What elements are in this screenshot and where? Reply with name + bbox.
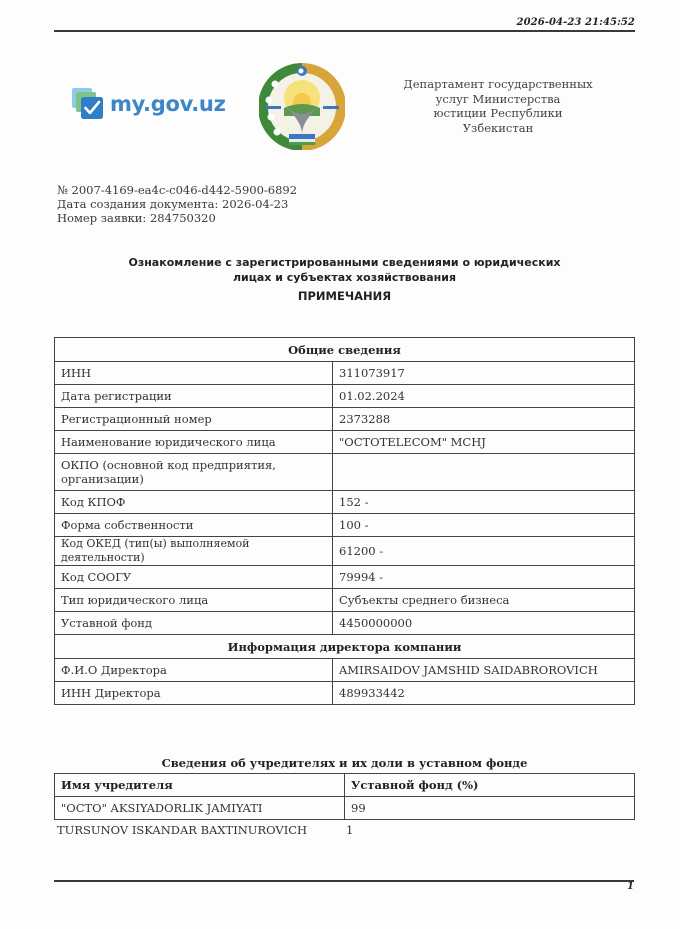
document-title: Ознакомление с зарегистрированными сведе…	[54, 256, 635, 304]
timestamp: 2026-04-23 21:45:52	[517, 17, 635, 28]
doc-number: № 2007-4169-ea4c-c046-d442-5900-6892	[57, 183, 297, 197]
table-row: Тип юридического лицаСубъекты среднего б…	[55, 589, 635, 612]
table-row: Код СООГУ79994 -	[55, 566, 635, 589]
logo-text: my.gov.uz	[110, 92, 226, 116]
department-name: Департамент государственных услуг Минист…	[392, 77, 604, 135]
table-row: Ф.И.О ДиректораAMIRSAIDOV JAMSHID SAIDAB…	[55, 659, 635, 682]
checkbox-logo-icon	[72, 88, 104, 120]
title-sub: ПРИМЕЧАНИЯ	[54, 289, 635, 304]
table-row: Уставной фонд4450000000	[55, 612, 635, 635]
table-row: Регистрационный номер2373288	[55, 408, 635, 431]
document-meta: № 2007-4169-ea4c-c046-d442-5900-6892 Дат…	[57, 183, 297, 225]
title-main: Ознакомление с зарегистрированными сведе…	[54, 256, 635, 285]
general-info-table: Общие сведения ИНН311073917 Дата регистр…	[54, 337, 635, 705]
col-founder-name: Имя учредителя	[55, 774, 345, 797]
section-general: Общие сведения	[55, 338, 635, 362]
table-row: ИНН Директора489933442	[55, 682, 635, 705]
table-row: Код ОКЕД (тип(ы) выполняемой деятельност…	[55, 537, 635, 566]
mygov-logo: my.gov.uz	[72, 88, 226, 120]
col-founder-share: Уставной фонд (%)	[345, 774, 635, 797]
table-row: ИНН311073917	[55, 362, 635, 385]
founders-title: Сведения об учредителях и их доли в уста…	[54, 756, 635, 770]
section-director: Информация директора компании	[55, 635, 635, 659]
header-rule	[54, 30, 635, 32]
page-number: 1	[627, 881, 634, 892]
table-row: Наименование юридического лица"OCTOTELEC…	[55, 431, 635, 454]
founder-name-2: TURSUNOV ISKANDAR BAXTINUROVICH	[57, 823, 307, 837]
table-row: Код КПОФ152 -	[55, 491, 635, 514]
footer-rule	[54, 880, 634, 882]
table-row: ОКПО (основной код предприятия, организа…	[55, 454, 635, 491]
doc-created: Дата создания документа: 2026-04-23	[57, 197, 297, 211]
state-emblem-icon	[259, 62, 345, 150]
request-number: Номер заявки: 284750320	[57, 211, 297, 225]
founders-table: Имя учредителя Уставной фонд (%) "OCTO" …	[54, 773, 635, 820]
table-row: "OCTO" AKSIYADORLIK JAMIYATI 99	[55, 797, 635, 820]
founder-share-2: 1	[346, 823, 353, 837]
table-row: Форма собственности100 -	[55, 514, 635, 537]
table-row: Дата регистрации01.02.2024	[55, 385, 635, 408]
